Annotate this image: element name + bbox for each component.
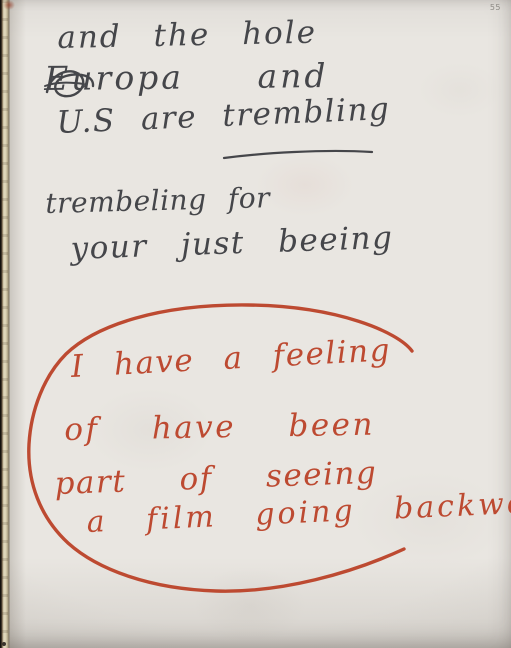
handwritten-line-1: and the hole bbox=[57, 15, 317, 56]
page-number: 55 bbox=[490, 3, 501, 12]
handwritten-line-2: Europa and bbox=[44, 56, 329, 98]
handwritten-line-5: your just beeing bbox=[70, 220, 394, 267]
red-handwritten-line-2: of have been bbox=[64, 407, 375, 448]
book-binding-edge bbox=[0, 0, 10, 648]
book-page-photo: 55 and the hole Europa and U.S are tremb… bbox=[0, 0, 511, 648]
ink-smudge bbox=[3, 0, 15, 10]
binding-shadow bbox=[10, 0, 26, 648]
handwritten-line-4: trembeling for bbox=[45, 181, 270, 220]
handwritten-line-3: U.S are trembling bbox=[56, 91, 391, 141]
underline-stroke bbox=[224, 151, 372, 158]
corner-speck bbox=[2, 642, 6, 646]
red-handwritten-line-1: I have a feeling bbox=[70, 332, 392, 385]
